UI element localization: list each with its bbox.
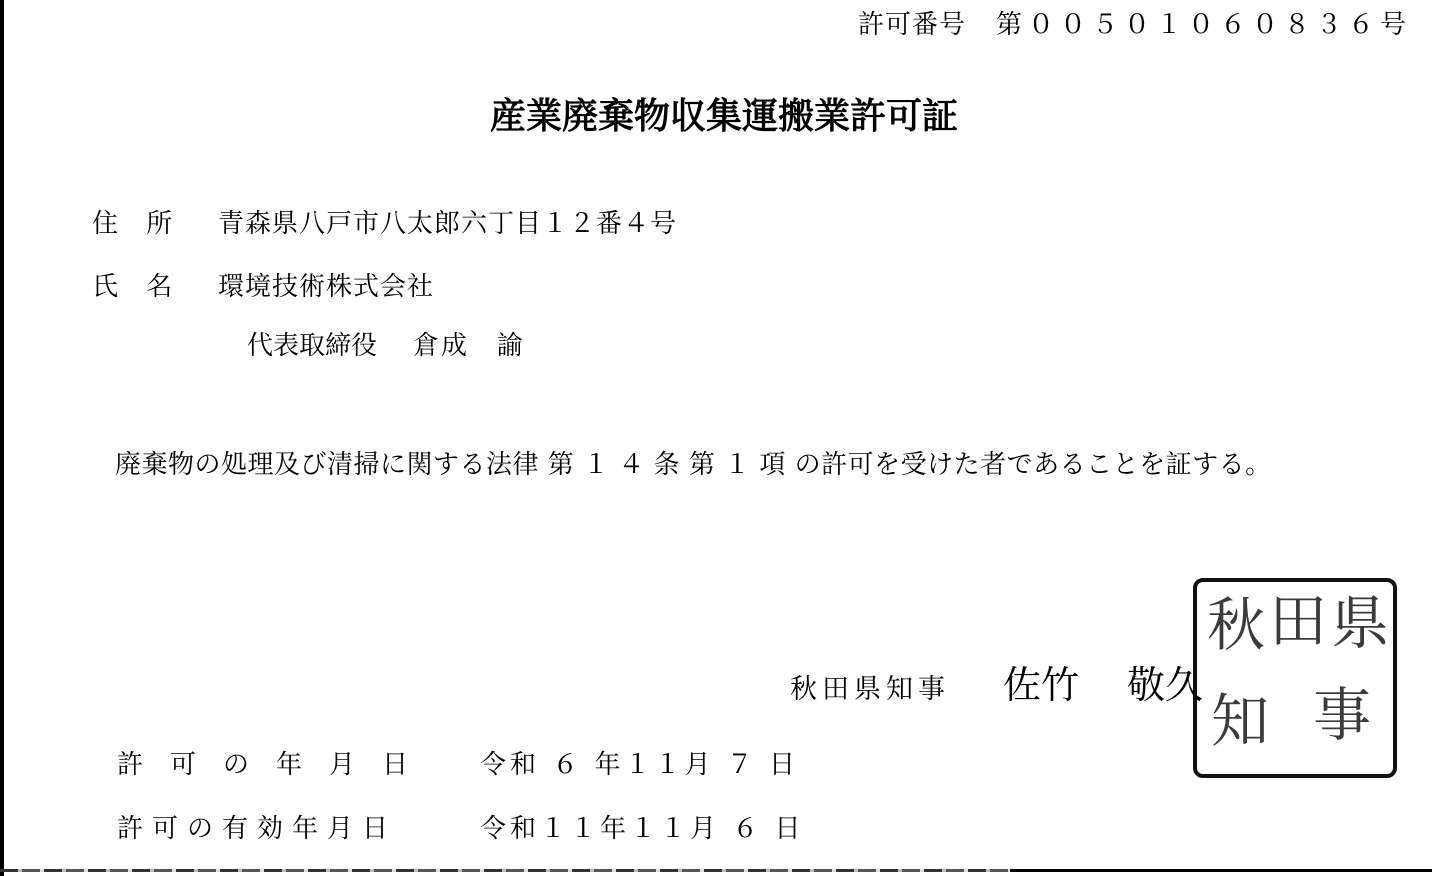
- seal-char: 知: [1211, 692, 1269, 750]
- issuer-family-name: 佐竹: [1003, 654, 1079, 709]
- seal-char: 田: [1269, 592, 1327, 650]
- name-label: 氏 名: [92, 266, 182, 303]
- address-value: 青森県八戸市八太郎六丁目１２番４号: [218, 203, 677, 240]
- seal-char: 秋: [1207, 596, 1265, 654]
- expiry-date-value: 令和１１年１１月 ６ 日: [480, 808, 805, 845]
- official-seal-stamp: 秋 田 県 知 事: [1193, 578, 1397, 778]
- expiry-date-label: 許可の有効年月日: [117, 808, 397, 845]
- permit-number-label: 許可番号: [858, 10, 966, 40]
- representative-family-name: 倉成: [413, 325, 469, 362]
- permit-number: 許可番号第００５０１０６０８３６号: [858, 4, 1412, 41]
- address-label: 住 所: [92, 203, 182, 240]
- issuer-title: 秋田県知事: [790, 667, 950, 706]
- scan-bottom-border-right: [1010, 869, 1432, 872]
- seal-char: 事: [1313, 686, 1371, 744]
- scan-left-border: [0, 0, 4, 876]
- permit-date-label: 許可の年月日: [117, 744, 435, 781]
- company-name: 環境技術株式会社: [218, 266, 434, 303]
- issuer-given-name: 敬久: [1127, 654, 1203, 709]
- permit-number-value: 第００５０１０６０８３６号: [996, 10, 1412, 40]
- seal-char: 県: [1331, 594, 1389, 652]
- permit-date-value: 令和 ６ 年１１月 ７ 日: [480, 744, 799, 781]
- representative-given-name: 諭: [497, 325, 523, 362]
- representative-title: 代表取締役: [247, 325, 377, 362]
- certification-statement: 廃棄物の処理及び清掃に関する法律 第 １ ４ 条 第 １ 項 の許可を受けた者で…: [115, 444, 1272, 481]
- document-title: 産業廃棄物収集運搬業許可証: [490, 88, 958, 139]
